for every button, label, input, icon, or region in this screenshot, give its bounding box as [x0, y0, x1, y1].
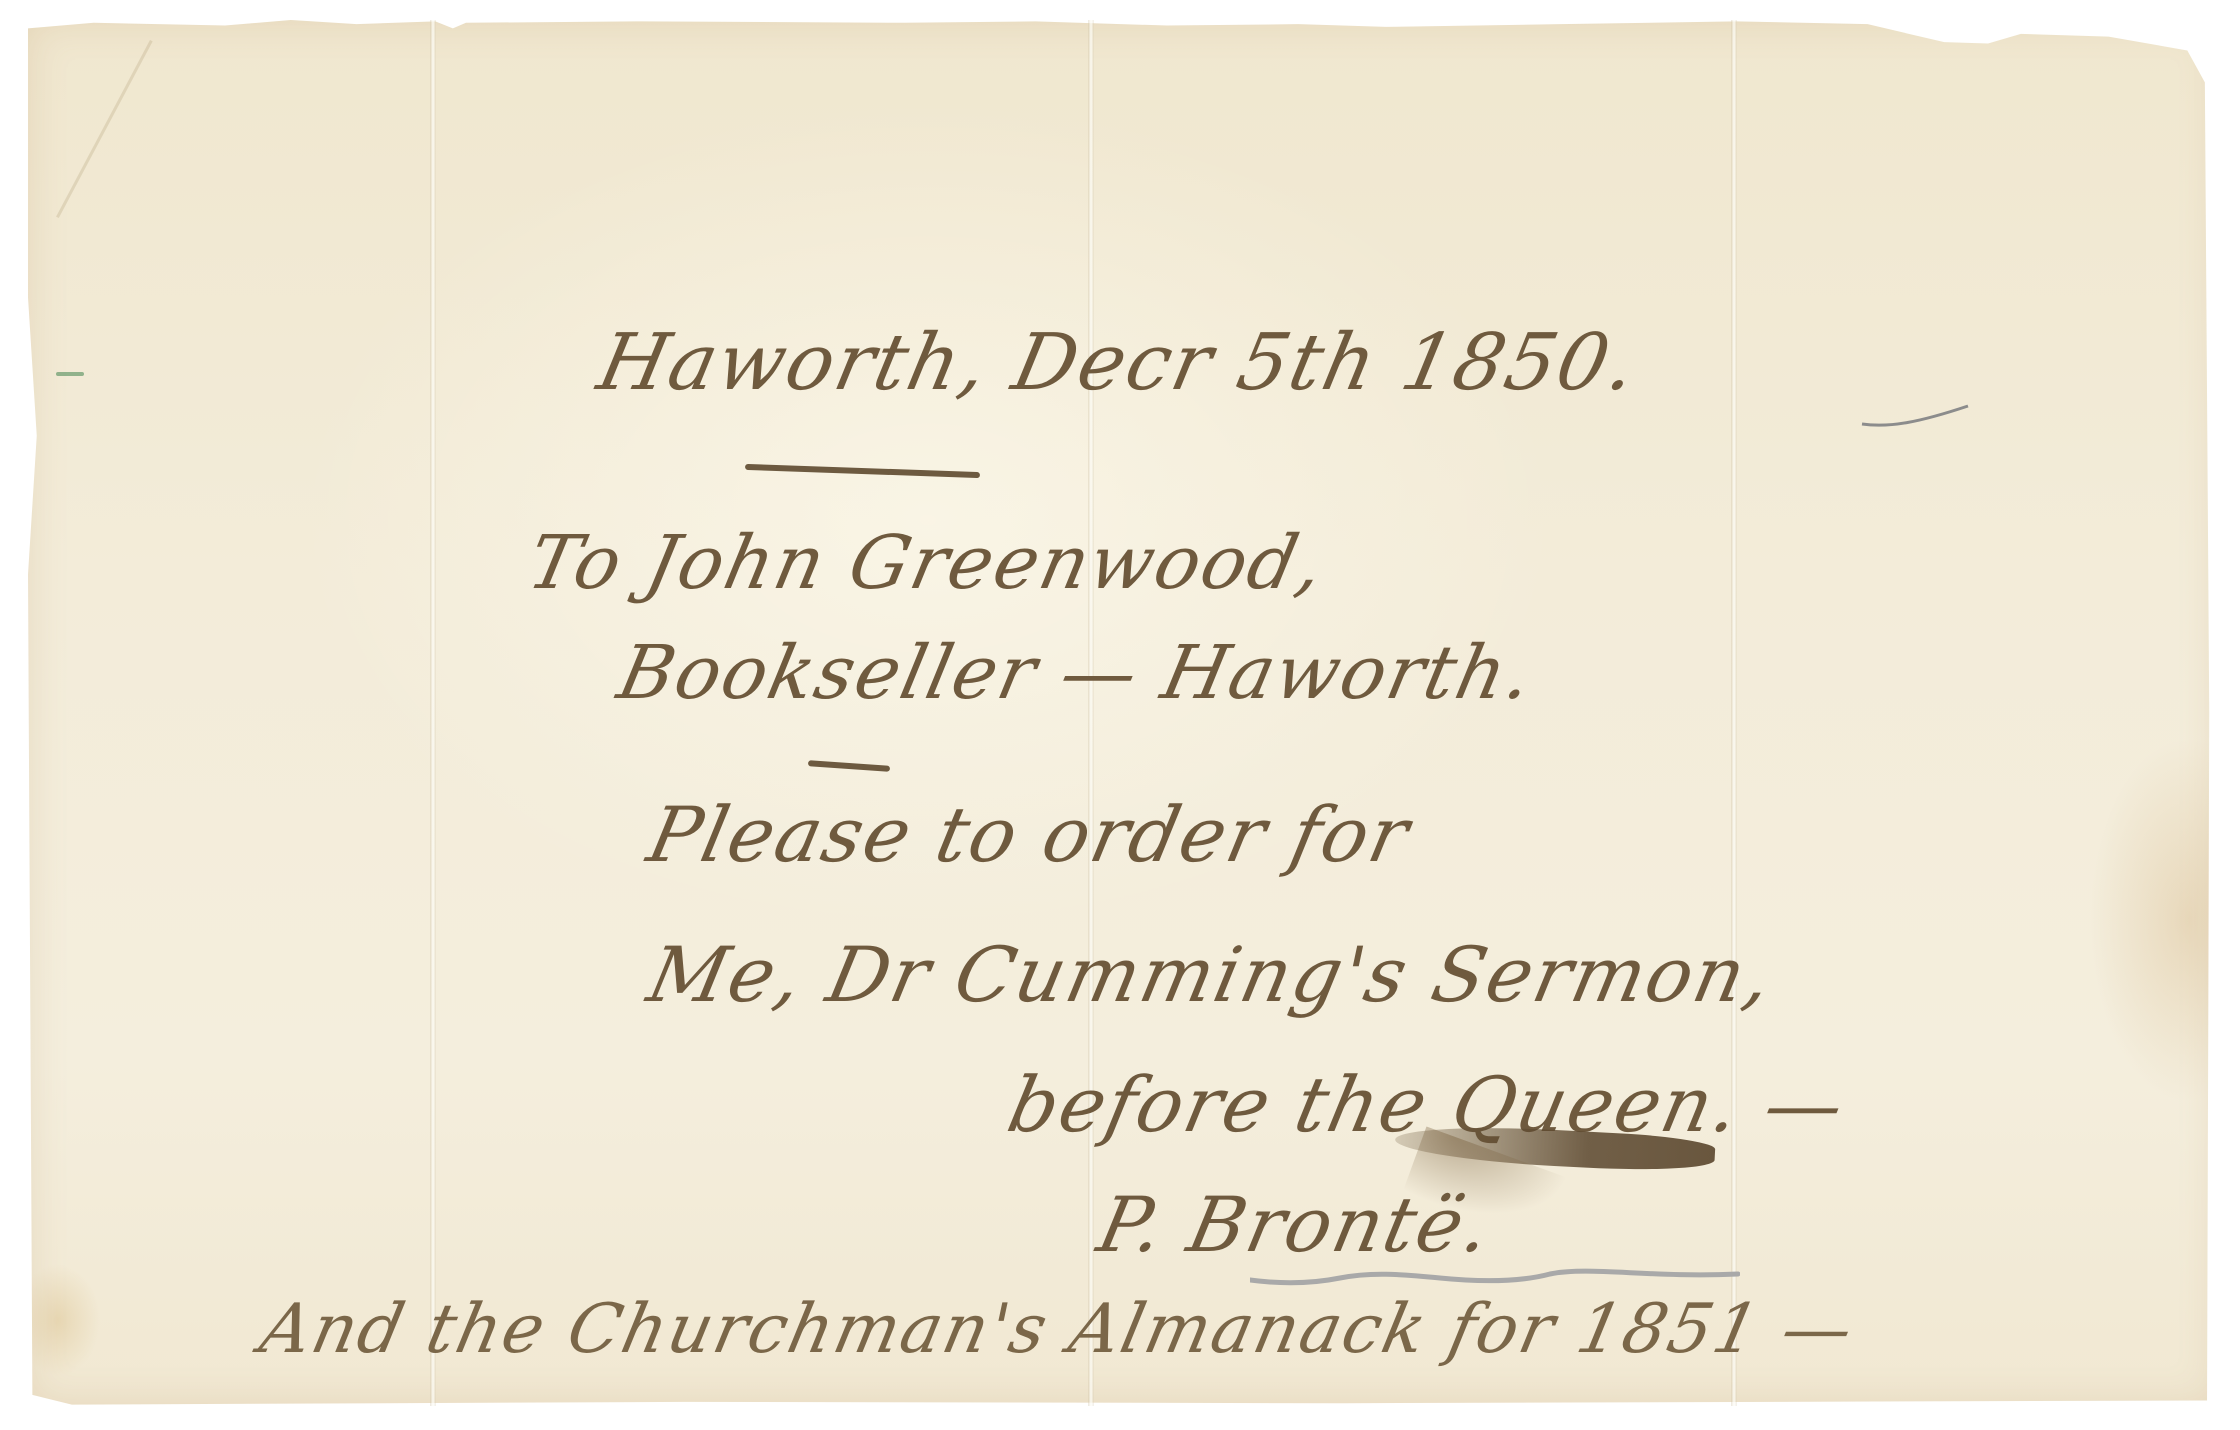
- addressee-line: To John Greenwood,: [521, 520, 1333, 606]
- pencil-underline-icon: [1250, 1268, 1740, 1286]
- trade-line: Bookseller — Haworth.: [611, 630, 1542, 716]
- postscript-line: And the Churchman's Almanack for 1851 —: [254, 1290, 1862, 1369]
- date-line: Haworth, Decr 5th 1850.: [590, 318, 1646, 408]
- pencil-mark-icon: [1860, 402, 1970, 428]
- fold-crease-left: [430, 20, 436, 1406]
- signature: P. Brontë.: [1091, 1180, 1501, 1269]
- body-line-2: Me, Dr Cumming's Sermon,: [641, 930, 1782, 1019]
- green-mark: [56, 372, 84, 376]
- body-line-1: Please to order for: [641, 790, 1419, 879]
- document-scan: Haworth, Decr 5th 1850. To John Greenwoo…: [0, 0, 2240, 1430]
- fold-crease-right: [1731, 20, 1737, 1406]
